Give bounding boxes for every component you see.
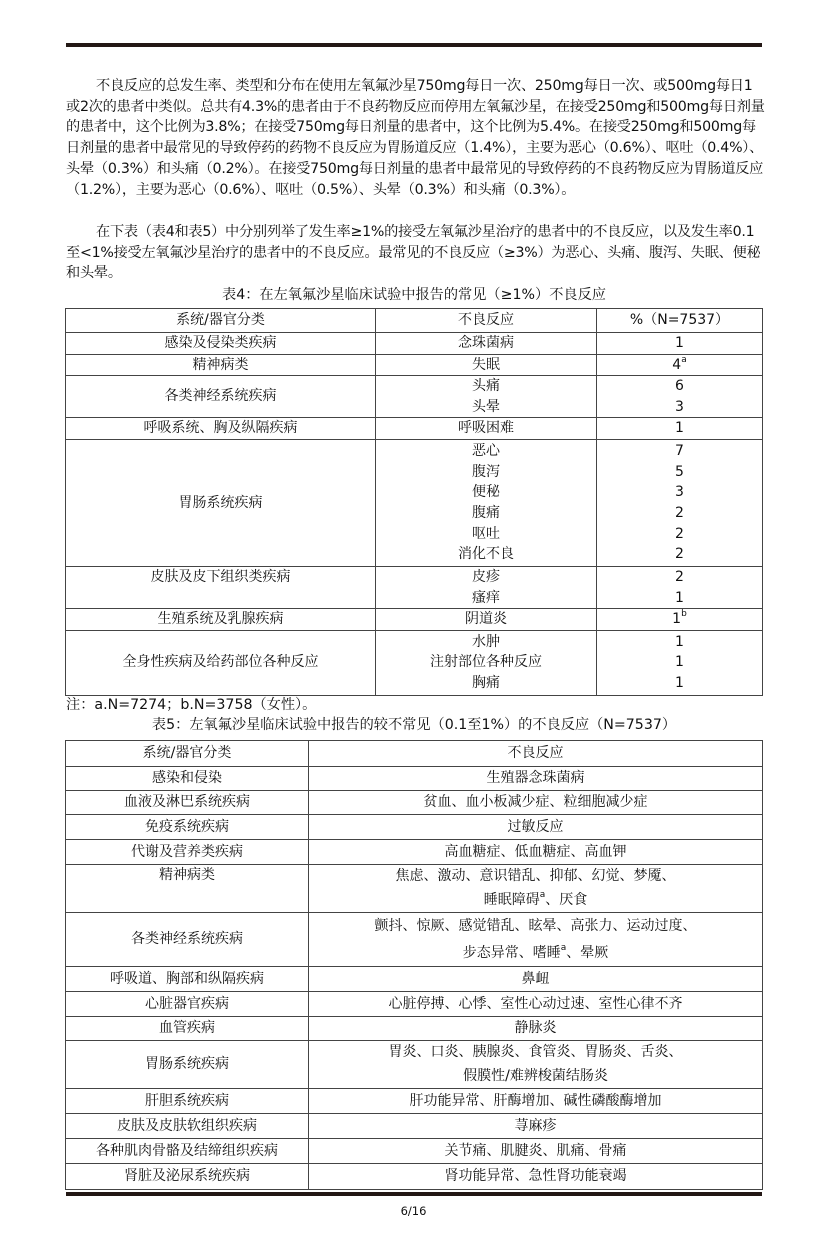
table-row: 精神病类失眠4a	[66, 354, 763, 376]
table-row: 胃肠系统疾病恶心腹泻便秘腹痛呕吐消化不良753222	[66, 439, 763, 566]
system-cell: 皮肤及皮下组织类疾病	[66, 566, 376, 608]
percent-value: 3	[675, 484, 684, 500]
table-row: 肝胆系统疾病肝功能异常、肝酶增加、碱性磷酸酶增加	[66, 1089, 763, 1114]
percent-cell: 21	[597, 566, 763, 608]
percent-value: 2	[675, 526, 684, 542]
reaction-text: 焦虑、激动、意识错乱、抑郁、幻觉、梦魇、	[396, 868, 676, 884]
percent-item: 1	[597, 588, 762, 609]
reaction-text: 步态异常、嗜睡	[463, 945, 561, 961]
table-header-row: 系统/器官分类 不良反应 %（N=7537）	[66, 309, 763, 333]
paragraph-2: 在下表（表4和表5）中分别列举了发生率≥1%的接受左氧氟沙星治疗的患者中的不良反…	[66, 222, 766, 284]
reaction-cell: 念珠菌病	[376, 333, 597, 355]
percent-item: 1	[597, 632, 762, 653]
table5: 系统/器官分类 不良反应 感染和侵染生殖器念珠菌病血液及淋巴系统疾病贫血、血小板…	[65, 740, 763, 1190]
percent-cell: 111	[597, 630, 763, 695]
percent-cell: 4a	[597, 354, 763, 376]
percent-item: 3	[597, 482, 762, 503]
reaction-cell: 阴道炎	[376, 609, 597, 631]
reaction-line: 肾功能异常、急性肾功能衰竭	[309, 1166, 762, 1187]
reaction-item: 头痛	[376, 376, 596, 397]
reaction-cell: 皮疹瘙痒	[376, 566, 597, 608]
reaction-cell: 颤抖、惊厥、感觉错乱、眩晕、高张力、运动过度、步态异常、嗜睡a、晕厥	[309, 913, 763, 967]
system-cell: 呼吸系统、胸及纵隔疾病	[66, 418, 376, 440]
reaction-text: 鼻衄	[522, 971, 550, 987]
table-row: 胃肠系统疾病胃炎、口炎、胰腺炎、食管炎、胃肠炎、舌炎、假膜性/难辨梭菌结肠炎	[66, 1041, 763, 1089]
table-row: 血管疾病静脉炎	[66, 1017, 763, 1041]
table-row: 皮肤及皮肤软组织疾病荨麻疹	[66, 1114, 763, 1139]
percent-value: 2	[675, 505, 684, 521]
reaction-cell: 肝功能异常、肝酶增加、碱性磷酸酶增加	[309, 1089, 763, 1114]
reaction-text: 关节痛、肌腱炎、肌痛、骨痛	[445, 1143, 627, 1159]
percent-cell: 1	[597, 418, 763, 440]
reaction-cell: 高血糖症、低血糖症、高血钾	[309, 840, 763, 865]
header-system: 系统/器官分类	[66, 309, 376, 333]
system-cell: 血液及淋巴系统疾病	[66, 791, 309, 815]
reaction-line: 静脉炎	[309, 1018, 762, 1039]
reaction-item: 腹痛	[376, 503, 596, 524]
system-cell: 各种肌肉骨骼及结缔组织疾病	[66, 1139, 309, 1164]
system-cell: 精神病类	[66, 865, 309, 913]
reaction-line: 胃炎、口炎、胰腺炎、食管炎、胃肠炎、舌炎、	[309, 1041, 762, 1065]
reaction-text: 睡眠障碍	[484, 892, 540, 908]
reaction-item: 胸痛	[376, 673, 596, 694]
percent-item: 1	[597, 418, 762, 439]
reaction-cell: 静脉炎	[309, 1017, 763, 1041]
percent-item: 2	[597, 544, 762, 565]
reaction-cell: 头痛头晕	[376, 376, 597, 418]
percent-value: 3	[675, 399, 684, 415]
table-row: 免疫系统疾病过敏反应	[66, 815, 763, 840]
table4: 系统/器官分类 不良反应 %（N=7537） 感染及侵染类疾病念珠菌病1精神病类…	[65, 308, 763, 696]
system-cell: 免疫系统疾病	[66, 815, 309, 840]
reaction-text: 颤抖、惊厥、感觉错乱、眩晕、高张力、运动过度、	[375, 918, 697, 934]
reaction-cell: 关节痛、肌腱炎、肌痛、骨痛	[309, 1139, 763, 1164]
table-row: 生殖系统及乳腺疾病阴道炎1b	[66, 609, 763, 631]
percent-item: 5	[597, 462, 762, 483]
percent-item: 1	[597, 673, 762, 694]
header-rule	[66, 43, 762, 47]
reaction-item: 念珠菌病	[376, 333, 596, 354]
reaction-text: 静脉炎	[515, 1020, 557, 1036]
table5-caption: 表5：左氧氟沙星临床试验中报告的较不常见（0.1至1%）的不良反应（N=7537…	[66, 715, 762, 735]
reaction-item: 水肿	[376, 632, 596, 653]
reaction-line: 步态异常、嗜睡a、晕厥	[309, 940, 762, 967]
table4-caption: 表4：在左氧氟沙星临床试验中报告的常见（≥1%）不良反应	[66, 285, 762, 305]
table-row: 呼吸道、胸部和纵隔疾病鼻衄	[66, 967, 763, 992]
reaction-text: 贫血、血小板减少症、粒细胞减少症	[424, 794, 648, 810]
reaction-line: 心脏停搏、心悸、室性心动过速、室性心律不齐	[309, 994, 762, 1015]
reaction-text: 心脏停搏、心悸、室性心动过速、室性心律不齐	[389, 996, 683, 1012]
reaction-item: 呼吸困难	[376, 418, 596, 439]
table-row: 各类神经系统疾病头痛头晕63	[66, 376, 763, 418]
reaction-cell: 心脏停搏、心悸、室性心动过速、室性心律不齐	[309, 992, 763, 1017]
table4-note: 注：a.N=7274；b.N=3758（女性）。	[66, 694, 316, 714]
reaction-cell: 肾功能异常、急性肾功能衰竭	[309, 1164, 763, 1190]
table-row: 全身性疾病及给药部位各种反应水肿注射部位各种反应胸痛111	[66, 630, 763, 695]
reaction-line: 关节痛、肌腱炎、肌痛、骨痛	[309, 1141, 762, 1162]
table-row: 代谢及营养类疾病高血糖症、低血糖症、高血钾	[66, 840, 763, 865]
percent-value: 6	[675, 378, 684, 394]
footnote-marker: a	[681, 355, 687, 365]
reaction-line: 假膜性/难辨梭菌结肠炎	[309, 1065, 762, 1089]
system-cell: 感染及侵染类疾病	[66, 333, 376, 355]
table-row: 各类神经系统疾病颤抖、惊厥、感觉错乱、眩晕、高张力、运动过度、步态异常、嗜睡a、…	[66, 913, 763, 967]
percent-item: 2	[597, 524, 762, 545]
percent-item: 1	[597, 333, 762, 354]
reaction-text: 生殖器念珠菌病	[487, 770, 585, 786]
footer-rule	[66, 1192, 762, 1196]
percent-item: 1b	[597, 609, 762, 630]
percent-value: 1	[672, 611, 681, 627]
percent-item: 6	[597, 376, 762, 397]
reaction-line: 焦虑、激动、意识错乱、抑郁、幻觉、梦魇、	[309, 865, 762, 889]
system-cell: 胃肠系统疾病	[66, 1041, 309, 1089]
system-cell: 精神病类	[66, 354, 376, 376]
system-cell: 呼吸道、胸部和纵隔疾病	[66, 967, 309, 992]
reaction-text: 肝功能异常、肝酶增加、碱性磷酸酶增加	[410, 1093, 662, 1109]
reaction-text: 、晕厥	[566, 945, 608, 961]
reaction-item: 呕吐	[376, 524, 596, 545]
table-row: 感染及侵染类疾病念珠菌病1	[66, 333, 763, 355]
header-system: 系统/器官分类	[66, 741, 309, 767]
percent-value: 5	[675, 464, 684, 480]
reaction-item: 皮疹	[376, 567, 596, 588]
system-cell: 全身性疾病及给药部位各种反应	[66, 630, 376, 695]
reaction-cell: 焦虑、激动、意识错乱、抑郁、幻觉、梦魇、睡眠障碍a、厌食	[309, 865, 763, 913]
percent-value: 1	[675, 634, 684, 650]
table-row: 心脏器官疾病心脏停搏、心悸、室性心动过速、室性心律不齐	[66, 992, 763, 1017]
percent-cell: 1b	[597, 609, 763, 631]
percent-value: 4	[672, 357, 681, 373]
reaction-item: 阴道炎	[376, 609, 596, 630]
reaction-cell: 荨麻疹	[309, 1114, 763, 1139]
reaction-item: 失眠	[376, 355, 596, 376]
reaction-line: 肝功能异常、肝酶增加、碱性磷酸酶增加	[309, 1091, 762, 1112]
reaction-text: 高血糖症、低血糖症、高血钾	[445, 844, 627, 860]
percent-item: 7	[597, 441, 762, 462]
reaction-item: 便秘	[376, 482, 596, 503]
reaction-cell: 生殖器念珠菌病	[309, 767, 763, 791]
table-row: 皮肤及皮下组织类疾病皮疹瘙痒21	[66, 566, 763, 608]
reaction-line: 荨麻疹	[309, 1116, 762, 1137]
reaction-text: 假膜性/难辨梭菌结肠炎	[463, 1068, 608, 1084]
table-header-row: 系统/器官分类 不良反应	[66, 741, 763, 767]
reaction-text: 肾功能异常、急性肾功能衰竭	[445, 1168, 627, 1184]
reaction-item: 腹泻	[376, 462, 596, 483]
system-cell: 血管疾病	[66, 1017, 309, 1041]
percent-cell: 1	[597, 333, 763, 355]
reaction-cell: 水肿注射部位各种反应胸痛	[376, 630, 597, 695]
system-cell: 各类神经系统疾病	[66, 913, 309, 967]
percent-value: 1	[675, 420, 684, 436]
header-reaction: 不良反应	[376, 309, 597, 333]
system-cell: 肝胆系统疾病	[66, 1089, 309, 1114]
reaction-cell: 呼吸困难	[376, 418, 597, 440]
system-cell: 感染和侵染	[66, 767, 309, 791]
footnote-marker: b	[681, 609, 687, 619]
header-percent: %（N=7537）	[597, 309, 763, 333]
table-row: 呼吸系统、胸及纵隔疾病呼吸困难1	[66, 418, 763, 440]
percent-value: 2	[675, 546, 684, 562]
reaction-line: 高血糖症、低血糖症、高血钾	[309, 842, 762, 863]
reaction-line: 颤抖、惊厥、感觉错乱、眩晕、高张力、运动过度、	[309, 913, 762, 940]
reaction-cell: 鼻衄	[309, 967, 763, 992]
reaction-line: 贫血、血小板减少症、粒细胞减少症	[309, 792, 762, 813]
reaction-text: 过敏反应	[508, 819, 564, 835]
percent-value: 7	[675, 443, 684, 459]
table-row: 各种肌肉骨骼及结缔组织疾病关节痛、肌腱炎、肌痛、骨痛	[66, 1139, 763, 1164]
reaction-item: 瘙痒	[376, 588, 596, 609]
percent-value: 1	[675, 335, 684, 351]
reaction-line: 生殖器念珠菌病	[309, 768, 762, 789]
percent-cell: 753222	[597, 439, 763, 566]
reaction-cell: 胃炎、口炎、胰腺炎、食管炎、胃肠炎、舌炎、假膜性/难辨梭菌结肠炎	[309, 1041, 763, 1089]
reaction-cell: 过敏反应	[309, 815, 763, 840]
table-row: 血液及淋巴系统疾病贫血、血小板减少症、粒细胞减少症	[66, 791, 763, 815]
system-cell: 胃肠系统疾病	[66, 439, 376, 566]
reaction-text: 胃炎、口炎、胰腺炎、食管炎、胃肠炎、舌炎、	[389, 1044, 683, 1060]
system-cell: 各类神经系统疾病	[66, 376, 376, 418]
system-cell: 生殖系统及乳腺疾病	[66, 609, 376, 631]
percent-cell: 63	[597, 376, 763, 418]
paragraph-1: 不良反应的总发生率、类型和分布在使用左氧氟沙星750mg每日一次、250mg每日…	[66, 76, 766, 200]
percent-value: 1	[675, 590, 684, 606]
reaction-text: 、厌食	[545, 892, 587, 908]
reaction-line: 睡眠障碍a、厌食	[309, 889, 762, 913]
reaction-line: 鼻衄	[309, 969, 762, 990]
percent-value: 2	[675, 569, 684, 585]
reaction-cell: 贫血、血小板减少症、粒细胞减少症	[309, 791, 763, 815]
percent-item: 2	[597, 567, 762, 588]
reaction-cell: 恶心腹泻便秘腹痛呕吐消化不良	[376, 439, 597, 566]
percent-item: 4a	[597, 355, 762, 376]
system-cell: 皮肤及皮肤软组织疾病	[66, 1114, 309, 1139]
reaction-text: 荨麻疹	[515, 1118, 557, 1134]
reaction-item: 注射部位各种反应	[376, 652, 596, 673]
reaction-item: 头晕	[376, 397, 596, 418]
page-number: 6/16	[0, 1204, 827, 1218]
reaction-cell: 失眠	[376, 354, 597, 376]
table-row: 感染和侵染生殖器念珠菌病	[66, 767, 763, 791]
percent-value: 1	[675, 654, 684, 670]
percent-item: 1	[597, 652, 762, 673]
system-cell: 代谢及营养类疾病	[66, 840, 309, 865]
percent-item: 3	[597, 397, 762, 418]
percent-item: 2	[597, 503, 762, 524]
header-reaction: 不良反应	[309, 741, 763, 767]
table-row: 精神病类焦虑、激动、意识错乱、抑郁、幻觉、梦魇、睡眠障碍a、厌食	[66, 865, 763, 913]
reaction-item: 消化不良	[376, 544, 596, 565]
percent-value: 1	[675, 675, 684, 691]
reaction-line: 过敏反应	[309, 817, 762, 838]
system-cell: 心脏器官疾病	[66, 992, 309, 1017]
reaction-item: 恶心	[376, 441, 596, 462]
table-row: 肾脏及泌尿系统疾病肾功能异常、急性肾功能衰竭	[66, 1164, 763, 1190]
system-cell: 肾脏及泌尿系统疾病	[66, 1164, 309, 1190]
